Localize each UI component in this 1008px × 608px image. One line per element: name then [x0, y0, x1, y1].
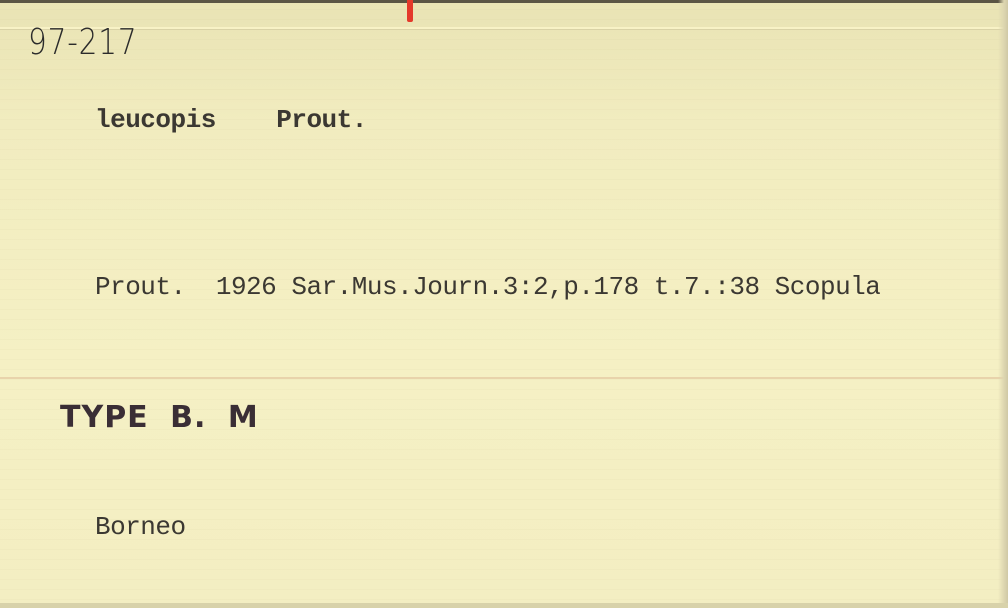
type-stamp: TYPE B. M — [60, 400, 259, 435]
red-tab-marker — [407, 0, 413, 22]
taxon-name-line: leucopis Prout. — [95, 105, 367, 135]
card-top-edge — [0, 0, 1008, 3]
species-author: Prout. — [276, 105, 367, 135]
species-name: leucopis — [95, 105, 216, 135]
citation-author: Prout. — [95, 272, 186, 302]
card-bottom-edge — [0, 603, 1008, 608]
citation-reference: Sar.Mus.Journ.3:2,p.178 t.7.:38 — [291, 272, 759, 302]
accession-number: 97-217 — [28, 22, 137, 63]
index-card: 97-217 leucopis Prout. Prout. 1926 Sar.M… — [0, 0, 1008, 608]
citation-year: 1926 — [216, 272, 276, 302]
ruled-line-middle — [0, 377, 1008, 379]
ruled-line-top — [0, 27, 1008, 29]
card-right-edge — [998, 0, 1008, 608]
locality: Borneo — [95, 512, 186, 542]
citation-genus: Scopula — [775, 272, 881, 302]
citation-line: Prout. 1926 Sar.Mus.Journ.3:2,p.178 t.7.… — [95, 272, 880, 302]
